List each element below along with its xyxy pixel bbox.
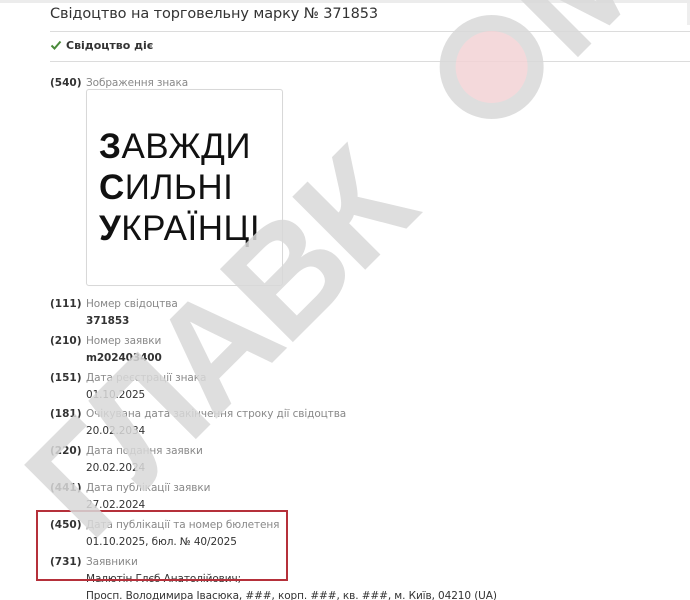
field-code: (181) [50,408,82,420]
highlight-box [36,510,288,581]
trademark-line: СИЛЬНІ [99,167,260,208]
field-label: Зображення знака [86,77,188,89]
check-icon [50,39,62,51]
field-value: 371853 [86,315,129,327]
trademark-line: УКРАЇНЦІ [99,208,260,249]
page-title: Свідоцтво на торговельну марку № 371853 [50,6,378,22]
field-code: (210) [50,335,82,347]
trademark-image: ЗАВЖДИ СИЛЬНІ УКРАЇНЦІ [86,89,283,286]
field-code: (151) [50,372,82,384]
field-code: (220) [50,445,82,457]
field-value: 20.02.2034 [86,425,145,437]
field-code: (111) [50,298,82,310]
field-label: Номер свідоцтва [86,298,178,310]
field-value: m202403400 [86,352,162,364]
field-code: (540) [50,77,82,89]
applicant-address: Просп. Володимира Івасюка, ###, корп. ##… [86,590,497,600]
field-label: Дата реєстрації знака [86,372,206,384]
field-label: Очікувана дата закінчення строку дії сві… [86,408,346,420]
page-header: Свідоцтво на торговельну марку № 371853 [50,0,690,32]
field-value: 01.10.2025 [86,389,145,401]
trademark-text: ЗАВЖДИ СИЛЬНІ УКРАЇНЦІ [99,126,260,249]
field-label: Номер заявки [86,335,161,347]
field-code: (441) [50,482,82,494]
field-label: Дата подання заявки [86,445,203,457]
field-label: Дата публікації заявки [86,482,210,494]
status-badge: Свідоцтво діє [66,39,153,52]
field-value: 20.02.2024 [86,462,145,474]
status-row: Свідоцтво діє [50,31,690,62]
trademark-line: ЗАВЖДИ [99,126,260,167]
